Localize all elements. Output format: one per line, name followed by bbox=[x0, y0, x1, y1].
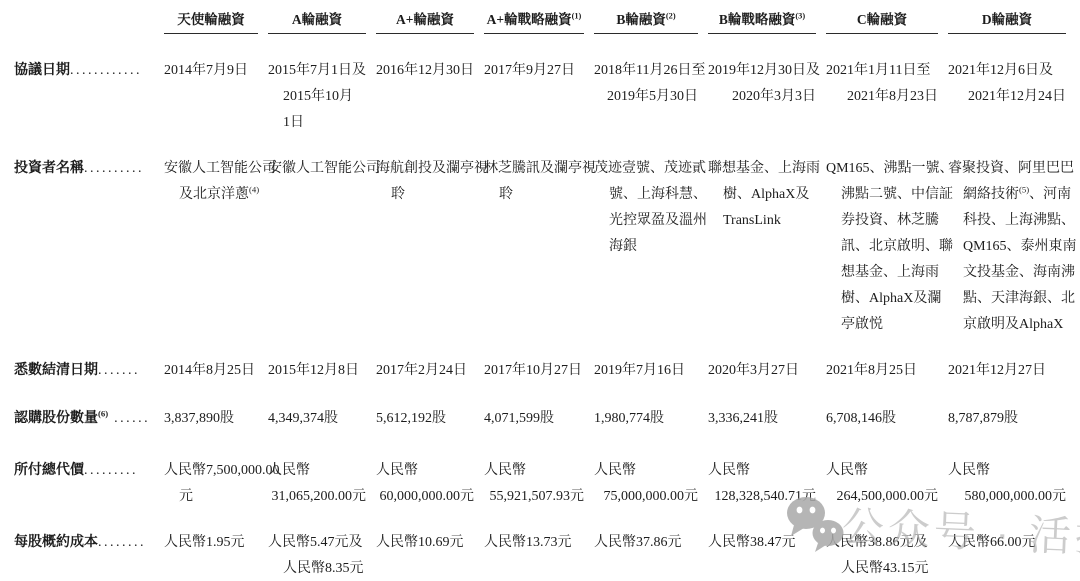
table-cell-r3-c7: 2021年8月25日 bbox=[826, 338, 948, 384]
row-label-cell: 所付總代價......... bbox=[14, 432, 164, 510]
table-cell-r1-c6: 2019年12月30日及2020年3月3日 bbox=[708, 34, 826, 136]
corner-cell bbox=[14, 6, 164, 34]
table-cell-r4-c8: 8,787,879股 bbox=[948, 384, 1076, 432]
table-cell-r2-c4: 林芝騰訊及瀾亭視聆 bbox=[484, 136, 594, 338]
column-header-round-2: A輪融資 bbox=[268, 6, 376, 34]
table-cell-r1-c1: 2014年7月9日 bbox=[164, 34, 268, 136]
column-header-round-6: B輪戰略融資(3) bbox=[708, 6, 826, 34]
column-header-round-5: B輪融資(2) bbox=[594, 6, 708, 34]
table-cell-r3-c2: 2015年12月8日 bbox=[268, 338, 376, 384]
table-cell-r1-c8: 2021年12月6日及2021年12月24日 bbox=[948, 34, 1076, 136]
row-label-cell: 投資者名稱.......... bbox=[14, 136, 164, 338]
prospectus-page: 天使輪融資A輪融資A+輪融資A+輪戰略融資(1)B輪融資(2)B輪戰略融資(3)… bbox=[0, 0, 1080, 581]
table-row: 投資者名稱..........安徽人工智能公司及北京洋蔥(4)安徽人工智能公司海… bbox=[14, 136, 1076, 338]
table-row: 協議日期............2014年7月9日2015年7月1日及2015年… bbox=[14, 34, 1076, 136]
table-cell-r2-c3: 海航創投及瀾亭視聆 bbox=[376, 136, 484, 338]
table-cell-r5-c3: 人民幣60,000,000.00元 bbox=[376, 432, 484, 510]
table-cell-r5-c2: 人民幣31,065,200.00元 bbox=[268, 432, 376, 510]
table-cell-r5-c4: 人民幣55,921,507.93元 bbox=[484, 432, 594, 510]
table-cell-r4-c6: 3,336,241股 bbox=[708, 384, 826, 432]
table-cell-r3-c3: 2017年2月24日 bbox=[376, 338, 484, 384]
table-cell-r1-c3: 2016年12月30日 bbox=[376, 34, 484, 136]
table-cell-r4-c3: 5,612,192股 bbox=[376, 384, 484, 432]
table-cell-r3-c5: 2019年7月16日 bbox=[594, 338, 708, 384]
funding-table-header: 天使輪融資A輪融資A+輪融資A+輪戰略融資(1)B輪融資(2)B輪戰略融資(3)… bbox=[14, 6, 1076, 34]
row-label-cell: 認購股份數量(6) ...... bbox=[14, 384, 164, 432]
table-cell-r6-c3: 人民幣10.69元 bbox=[376, 510, 484, 581]
table-cell-r4-c4: 4,071,599股 bbox=[484, 384, 594, 432]
wechat-icon bbox=[782, 492, 848, 556]
column-header-round-4: A+輪戰略融資(1) bbox=[484, 6, 594, 34]
table-cell-r6-c2: 人民幣5.47元及人民幣8.35元 bbox=[268, 510, 376, 581]
row-label-cell: 悉數結清日期....... bbox=[14, 338, 164, 384]
table-cell-r5-c1: 人民幣7,500,000.00元 bbox=[164, 432, 268, 510]
table-cell-r5-c8: 人民幣580,000,000.00元 bbox=[948, 432, 1076, 510]
table-cell-r2-c5: 茂迹壹號、茂迹貳號、上海科慧、光控眾盈及溫州海銀 bbox=[594, 136, 708, 338]
table-cell-r3-c6: 2020年3月27日 bbox=[708, 338, 826, 384]
table-cell-r4-c5: 1,980,774股 bbox=[594, 384, 708, 432]
table-cell-r3-c1: 2014年8月25日 bbox=[164, 338, 268, 384]
table-cell-r1-c4: 2017年9月27日 bbox=[484, 34, 594, 136]
column-header-round-7: C輪融資 bbox=[826, 6, 948, 34]
table-cell-r2-c1: 安徽人工智能公司及北京洋蔥(4) bbox=[164, 136, 268, 338]
table-cell-r2-c7: QM165、沸點一號、沸點二號、中信証券投資、林芝騰訊、北京啟明、聯想基金、上海… bbox=[826, 136, 948, 338]
table-cell-r6-c1: 人民幣1.95元 bbox=[164, 510, 268, 581]
table-cell-r5-c5: 人民幣75,000,000.00元 bbox=[594, 432, 708, 510]
column-header-round-8: D輪融資 bbox=[948, 6, 1076, 34]
table-row: 悉數結清日期.......2014年8月25日2015年12月8日2017年2月… bbox=[14, 338, 1076, 384]
table-cell-r6-c4: 人民幣13.73元 bbox=[484, 510, 594, 581]
row-label-cell: 協議日期............ bbox=[14, 34, 164, 136]
funding-rounds-table: 天使輪融資A輪融資A+輪融資A+輪戰略融資(1)B輪融資(2)B輪戰略融資(3)… bbox=[14, 6, 1076, 581]
table-cell-r4-c7: 6,708,146股 bbox=[826, 384, 948, 432]
table-cell-r4-c1: 3,837,890股 bbox=[164, 384, 268, 432]
table-cell-r2-c8: 睿聚投資、阿里巴巴網絡技術(5)、河南科投、上海沸點、QM165、泰州東南文投基… bbox=[948, 136, 1076, 338]
column-header-round-1: 天使輪融資 bbox=[164, 6, 268, 34]
table-cell-r3-c8: 2021年12月27日 bbox=[948, 338, 1076, 384]
column-header-round-3: A+輪融資 bbox=[376, 6, 484, 34]
table-cell-r1-c5: 2018年11月26日至2019年5月30日 bbox=[594, 34, 708, 136]
table-cell-r2-c2: 安徽人工智能公司 bbox=[268, 136, 376, 338]
table-cell-r1-c7: 2021年1月11日至2021年8月23日 bbox=[826, 34, 948, 136]
table-cell-r3-c4: 2017年10月27日 bbox=[484, 338, 594, 384]
table-cell-r6-c5: 人民幣37.86元 bbox=[594, 510, 708, 581]
table-cell-r2-c6: 聯想基金、上海雨樹、AlphaX及TransLink bbox=[708, 136, 826, 338]
table-row: 認購股份數量(6) ......3,837,890股4,349,374股5,61… bbox=[14, 384, 1076, 432]
table-cell-r4-c2: 4,349,374股 bbox=[268, 384, 376, 432]
row-label-cell: 每股概約成本........ bbox=[14, 510, 164, 581]
table-cell-r1-c2: 2015年7月1日及2015年10月1日 bbox=[268, 34, 376, 136]
